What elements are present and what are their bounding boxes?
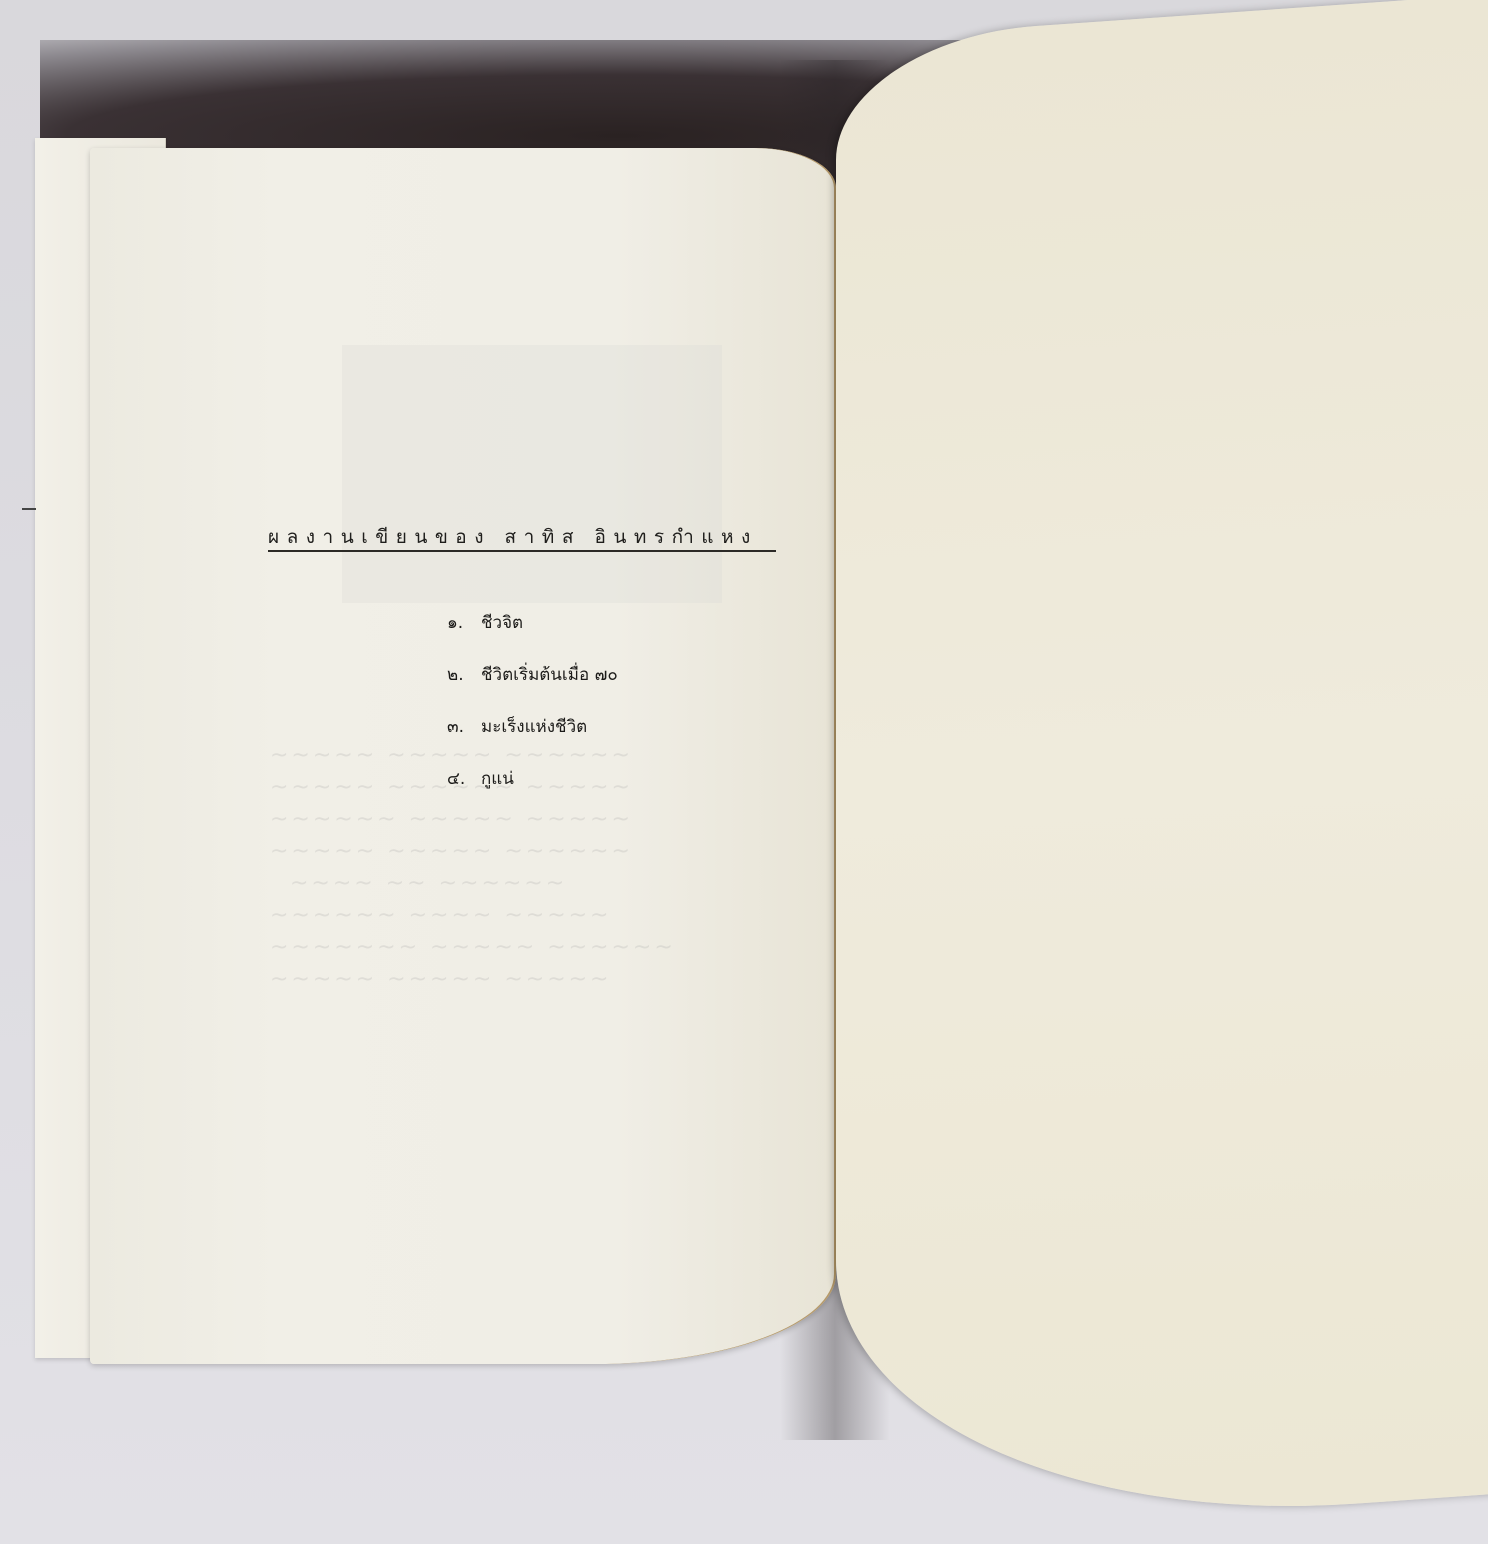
list-item: ๓.มะเร็งแห่งชีวิต [447, 712, 618, 764]
item-title: ชีวจิต [481, 613, 523, 633]
item-number: ๑. [447, 608, 481, 638]
page-heading: ผลงานเขียนของ สาทิส อินทรกำแหง [268, 522, 788, 552]
list-item: ๑.ชีวจิต [447, 608, 618, 660]
works-list: ๑.ชีวจิต ๒.ชีวิตเริ่มต้นเมื่อ ๗๐ ๓.มะเร็… [447, 608, 618, 816]
item-number: ๓. [447, 712, 481, 742]
list-item: ๔.กูแน่ [447, 764, 618, 816]
heading-underline [268, 550, 776, 552]
item-title: กูแน่ [481, 769, 514, 789]
mark [22, 508, 36, 510]
right-page [836, 0, 1488, 1540]
bleed-through-image [342, 345, 722, 603]
list-item: ๒.ชีวิตเริ่มต้นเมื่อ ๗๐ [447, 660, 618, 712]
item-title: มะเร็งแห่งชีวิต [481, 717, 587, 737]
item-number: ๒. [447, 660, 481, 690]
item-title: ชีวิตเริ่มต้นเมื่อ ๗๐ [481, 665, 618, 685]
item-number: ๔. [447, 764, 481, 794]
